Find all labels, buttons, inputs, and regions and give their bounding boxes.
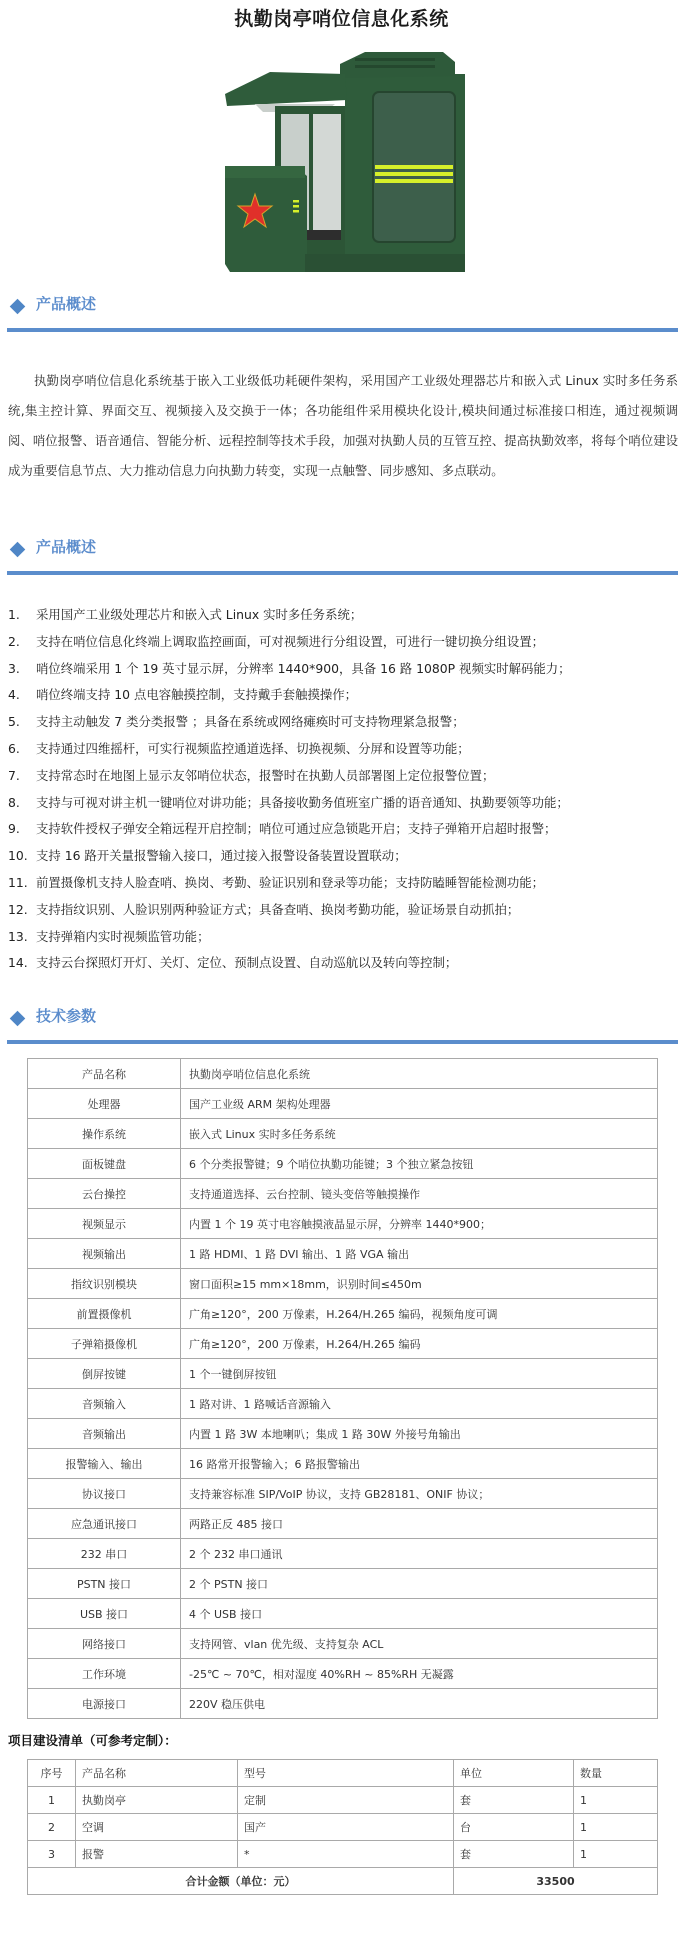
table-row: 网络接口支持网管、vlan 优先级、支持复杂 ACL — [28, 1629, 658, 1659]
table-row: 操作系统嵌入式 Linux 实时多任务系统 — [28, 1119, 658, 1149]
project-table: 序号 产品名称 型号 单位 数量 1 执勤岗亭 定制 套 1 2 空调 国产 台… — [27, 1759, 658, 1895]
table-row: 电源接口220V 稳压供电 — [28, 1689, 658, 1719]
table-row: 应急通讯接口两路正反 485 接口 — [28, 1509, 658, 1539]
diamond-bullet-icon — [10, 299, 26, 315]
table-row: 产品名称执勤岗亭哨位信息化系统 — [28, 1059, 658, 1089]
table-row: 指纹识别模块窗口面积≥15 mm×18mm，识别时间≤450m — [28, 1269, 658, 1299]
section-divider — [7, 1040, 678, 1044]
table-row: 1 执勤岗亭 定制 套 1 — [28, 1787, 658, 1814]
feature-item: 2.支持在哨位信息化终端上调取监控画面，可对视频进行分组设置，可进行一键切换分组… — [8, 629, 678, 656]
table-row: 工作环境-25℃ ~ 70℃，相对湿度 40%RH ~ 85%RH 无凝露 — [28, 1659, 658, 1689]
feature-item: 5.支持主动触发 7 类分类报警 ；具备在系统或网络瘫痪时可支持物理紧急报警； — [8, 709, 678, 736]
table-row: USB 接口4 个 USB 接口 — [28, 1599, 658, 1629]
section-header-features: 产品概述 — [10, 534, 675, 574]
table-row: 协议接口支持兼容标准 SIP/VoIP 协议，支持 GB28181、ONIF 协… — [28, 1479, 658, 1509]
table-row: 视频显示内置 1 个 19 英寸电容触摸液晶显示屏，分辨率 1440*900； — [28, 1209, 658, 1239]
page-title: 执勤岗亭哨位信息化系统 — [0, 4, 683, 31]
project-list-heading: 项目建设清单（可参考定制）： — [8, 1731, 177, 1749]
section-header-overview: 产品概述 — [10, 291, 675, 331]
total-value: 33500 — [454, 1868, 658, 1895]
table-row: 音频输出内置 1 路 3W 本地喇叭；集成 1 路 30W 外接号角输出 — [28, 1419, 658, 1449]
feature-item: 12.支持指纹识别、人脸识别两种验证方式；具备查哨、换岗考勤功能，验证场景自动抓… — [8, 897, 678, 924]
table-row: 视频输出1 路 HDMI、1 路 DVI 输出、1 路 VGA 输出 — [28, 1239, 658, 1269]
feature-item: 10.支持 16 路开关量报警输入接口，通过接入报警设备装置设置联动； — [8, 843, 678, 870]
table-row: PSTN 接口2 个 PSTN 接口 — [28, 1569, 658, 1599]
section-title: 技术参数 — [36, 1005, 96, 1026]
table-row: 子弹箱摄像机广角≥120°，200 万像素，H.264/H.265 编码 — [28, 1329, 658, 1359]
feature-item: 13.支持弹箱内实时视频监管功能； — [8, 924, 678, 951]
table-row: 云台操控支持通道选择、云台控制、镜头变倍等触摸操作 — [28, 1179, 658, 1209]
feature-item: 14.支持云台探照灯开灯、关灯、定位、预制点设置、自动巡航以及转向等控制； — [8, 950, 678, 977]
diamond-bullet-icon — [10, 1011, 26, 1027]
feature-item: 1.采用国产工业级处理芯片和嵌入式 Linux 实时多任务系统； — [8, 602, 678, 629]
feature-item: 3.哨位终端采用 1 个 19 英寸显示屏，分辨率 1440*900，具备 16… — [8, 656, 678, 683]
table-row: 前置摄像机广角≥120°，200 万像素，H.264/H.265 编码，视频角度… — [28, 1299, 658, 1329]
table-row: 2 空调 国产 台 1 — [28, 1814, 658, 1841]
feature-item: 7.支持常态时在地图上显示友邻哨位状态，报警时在执勤人员部署图上定位报警位置； — [8, 763, 678, 790]
section-title: 产品概述 — [36, 536, 96, 557]
feature-item: 8.支持与可视对讲主机一键哨位对讲功能；具备接收勤务值班室广播的语音通知、执勤要… — [8, 790, 678, 817]
section-divider — [7, 328, 678, 332]
feature-item: 6.支持通过四维摇杆，可实行视频监控通道选择、切换视频、分屏和设置等功能； — [8, 736, 678, 763]
diamond-bullet-icon — [10, 542, 26, 558]
guard-booth-illustration — [215, 44, 465, 274]
section-title: 产品概述 — [36, 293, 96, 314]
section-header-specs: 技术参数 — [10, 1003, 675, 1043]
intro-paragraph: 执勤岗亭哨位信息化系统基于嵌入工业级低功耗硬件架构，采用国产工业级处理器芯片和嵌… — [8, 366, 678, 486]
total-row: 合计金额（单位：元） 33500 — [28, 1868, 658, 1895]
table-header-row: 序号 产品名称 型号 单位 数量 — [28, 1760, 658, 1787]
table-row: 处理器国产工业级 ARM 架构处理器 — [28, 1089, 658, 1119]
section-divider — [7, 571, 678, 575]
table-row: 音频输入1 路对讲、1 路喊话音源输入 — [28, 1389, 658, 1419]
table-row: 面板键盘6 个分类报警键；9 个哨位执勤功能键；3 个独立紧急按钮 — [28, 1149, 658, 1179]
table-row: 倒屏按键1 个一键倒屏按钮 — [28, 1359, 658, 1389]
table-row: 报警输入、输出16 路常开报警输入；6 路报警输出 — [28, 1449, 658, 1479]
total-label: 合计金额（单位：元） — [28, 1868, 454, 1895]
feature-item: 9.支持软件授权子弹安全箱远程开启控制；哨位可通过应急锁匙开启；支持子弹箱开启超… — [8, 816, 678, 843]
table-row: 3 报警 * 套 1 — [28, 1841, 658, 1868]
spec-table: 产品名称执勤岗亭哨位信息化系统 处理器国产工业级 ARM 架构处理器 操作系统嵌… — [27, 1058, 658, 1719]
feature-item: 4.哨位终端支持 10 点电容触摸控制，支持戴手套触摸操作； — [8, 682, 678, 709]
table-row: 232 串口2 个 232 串口通讯 — [28, 1539, 658, 1569]
feature-list: 1.采用国产工业级处理芯片和嵌入式 Linux 实时多任务系统； 2.支持在哨位… — [8, 602, 678, 977]
feature-item: 11.前置摄像机支持人脸查哨、换岗、考勤、验证识别和登录等功能；支持防瞌睡智能检… — [8, 870, 678, 897]
